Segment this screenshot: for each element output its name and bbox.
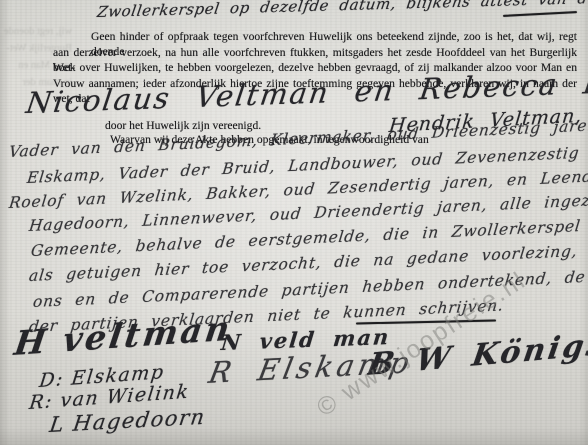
annotation-dash [503,11,577,17]
margin-annotation: Zwollerkerspel op dezelfde datum, blijke… [96,0,588,21]
printed-united-line: door het Huwelijk zijn vereenigd. [105,119,261,132]
document-scan: wij, regt doende Burgerlijk Wet- voor Ma… [0,0,588,445]
